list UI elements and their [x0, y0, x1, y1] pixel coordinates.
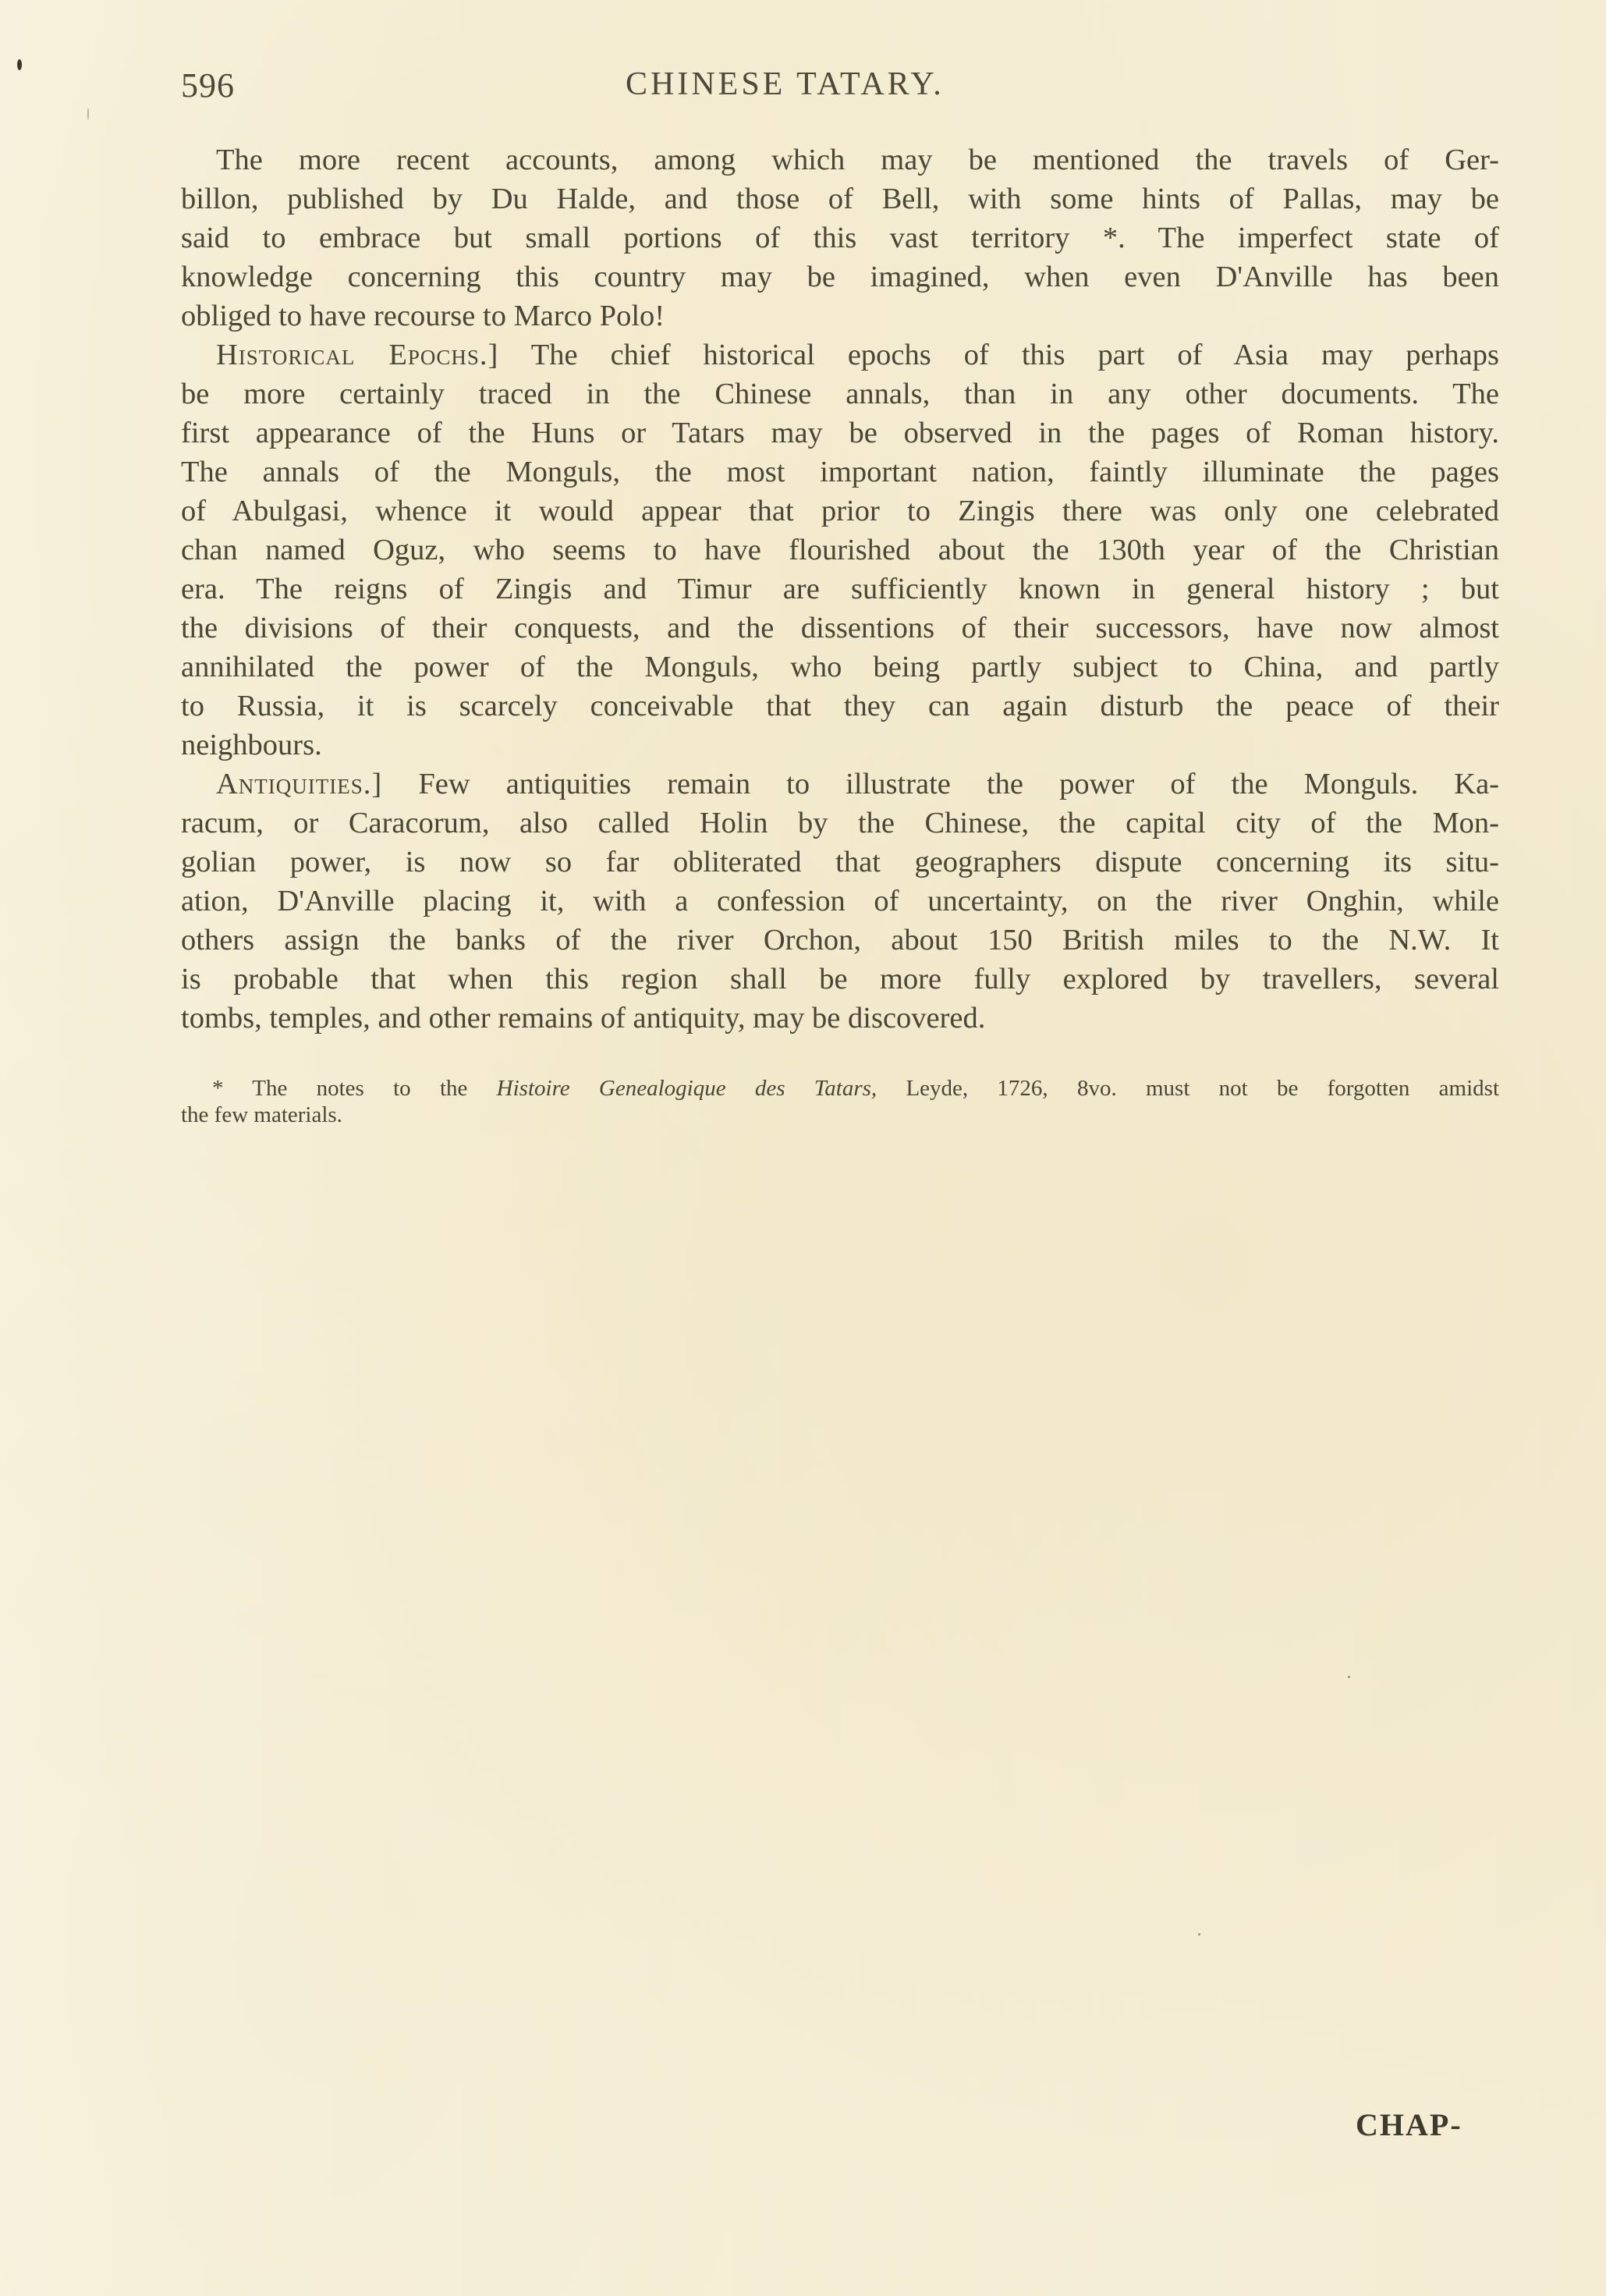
text-line: racum, or Caracorum, also called Holin b…	[181, 804, 1499, 843]
text-line: neighbours.	[181, 726, 1499, 765]
text-line: ation, D'Anville placing it, with a conf…	[181, 882, 1499, 921]
footnote-marker: *	[212, 1076, 224, 1101]
text-line: of Abulgasi, whence it would appear that…	[181, 491, 1499, 531]
page-header: 596 CHINESE TATARY.	[181, 61, 1499, 108]
text-line-content: Few antiquities remain to illustrate the…	[418, 768, 1499, 800]
text-line: tombs, temples, and other remains of ant…	[181, 999, 1499, 1038]
page-number: 596	[181, 66, 235, 105]
text-line: The annals of the Monguls, the most impo…	[181, 452, 1499, 491]
scan-speck	[17, 59, 22, 70]
text-line: obliged to have recourse to Marco Polo!	[181, 296, 1499, 335]
text-line: Historical Epochs.] The chief historical…	[181, 335, 1499, 374]
scan-speck	[1348, 1676, 1350, 1678]
text-line: knowledge concerning this country may be…	[181, 257, 1499, 296]
text-line: The more recent accounts, among which ma…	[181, 140, 1499, 179]
text-line: is probable that when this region shall …	[181, 960, 1499, 999]
section-heading: Historical Epochs.]	[216, 339, 498, 371]
text-line: be more certainly traced in the Chinese …	[181, 374, 1499, 413]
running-head: CHINESE TATARY.	[626, 66, 945, 103]
text-line: first appearance of the Huns or Tatars m…	[181, 413, 1499, 452]
text-line: chan named Oguz, who seems to have flour…	[181, 531, 1499, 570]
text-line: era. The reigns of Zingis and Timur are …	[181, 570, 1499, 609]
scan-speck	[1198, 1933, 1200, 1936]
text-line-content: The chief historical epochs of this part…	[531, 339, 1499, 371]
footnote: * The notes to the Histoire Genealogique…	[181, 1075, 1499, 1128]
text-line: golian power, is now so far obliterated …	[181, 843, 1499, 882]
section-heading: Antiquities.]	[216, 768, 382, 800]
body-text: The more recent accounts, among which ma…	[181, 140, 1499, 1038]
text-line: billon, published by Du Halde, and those…	[181, 179, 1499, 218]
text-line: to Russia, it is scarcely conceivable th…	[181, 687, 1499, 726]
footnote-cited-title: Histoire Genealogique des Tatars,	[497, 1076, 877, 1101]
footnote-line: * The notes to the Histoire Genealogique…	[181, 1075, 1499, 1102]
paragraph-recent-accounts: The more recent accounts, among which ma…	[181, 140, 1499, 335]
paragraph-antiquities: Antiquities.] Few antiquities remain to …	[181, 765, 1499, 1038]
book-page: 596 CHINESE TATARY. The more recent acco…	[0, 0, 1606, 2296]
footnote-line: the few materials.	[181, 1102, 1499, 1128]
text-line: annihilated the power of the Monguls, wh…	[181, 648, 1499, 687]
text-line: said to embrace but small portions of th…	[181, 218, 1499, 257]
paragraph-historical-epochs: Historical Epochs.] The chief historical…	[181, 335, 1499, 765]
text-line: Antiquities.] Few antiquities remain to …	[181, 765, 1499, 804]
catchword: CHAP-	[1356, 2106, 1462, 2143]
text-line: others assign the banks of the river Orc…	[181, 921, 1499, 960]
scan-speck	[87, 108, 89, 120]
text-line: the divisions of their conquests, and th…	[181, 609, 1499, 648]
